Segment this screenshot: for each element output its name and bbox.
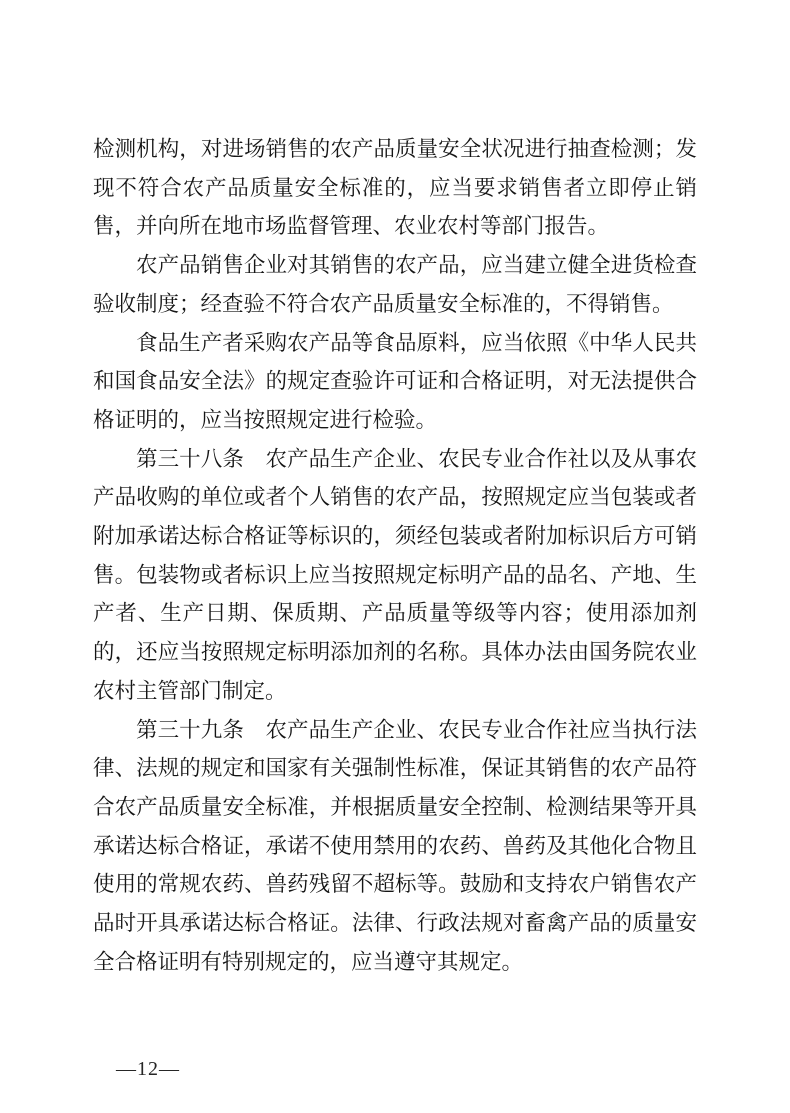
page-number: —12— [116,1058,180,1081]
paragraph-article-39: 第三十九条 农产品生产企业、农民专业合作社应当执行法律、法规的规定和国家有关强制… [93,711,697,982]
document-body: 检测机构，对进场销售的农产品质量安全状况进行抽查检测；发现不符合农产品质量安全标… [93,130,697,981]
paragraph-article-38: 第三十八条 农产品生产企业、农民专业合作社以及从事农产品收购的单位或者个人销售的… [93,440,697,711]
paragraph-continuation: 检测机构，对进场销售的农产品质量安全状况进行抽查检测；发现不符合农产品质量安全标… [93,130,697,246]
paragraph: 农产品销售企业对其销售的农产品，应当建立健全进货检查验收制度；经查验不符合农产品… [93,246,697,323]
document-page: 检测机构，对进场销售的农产品质量安全状况进行抽查检测；发现不符合农产品质量安全标… [0,0,790,1113]
paragraph: 食品生产者采购农产品等食品原料，应当依照《中华人民共和国食品安全法》的规定查验许… [93,324,697,440]
